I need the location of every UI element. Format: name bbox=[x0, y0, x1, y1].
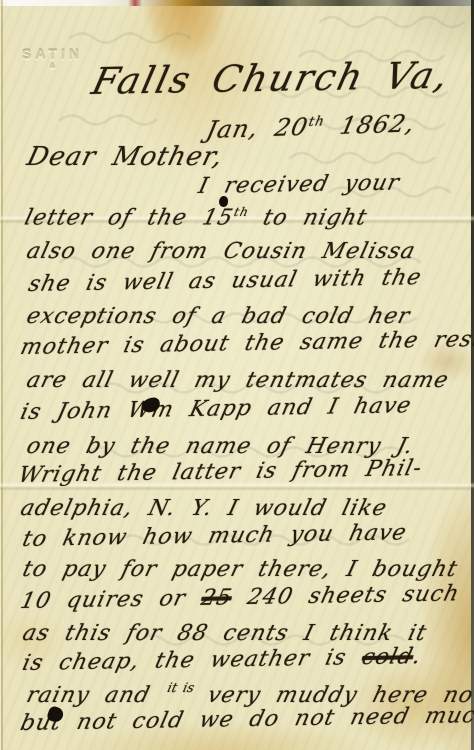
letter-line: but not cold we do not need much bbox=[18, 704, 474, 736]
struck-word: cold bbox=[359, 644, 416, 670]
letter-salutation: Dear Mother, bbox=[24, 143, 226, 172]
letter-line: Wright the latter is from Phil- bbox=[16, 457, 425, 488]
letter-line: is cheap, the weather is cold. bbox=[20, 645, 424, 676]
paper-left-edge bbox=[0, 0, 7, 750]
letter-scan: SATIN ▲ Falls Church Va, Jan, 20th 1862,… bbox=[0, 0, 474, 750]
letter-line: adelphia, N. Y. I would like bbox=[18, 497, 390, 521]
letter-line: mother is about the same the rest bbox=[18, 328, 474, 360]
line-text: 10 quires or bbox=[18, 586, 204, 614]
letter-line: exceptions of a bad cold her bbox=[24, 305, 413, 329]
letter-line: are all well my tentmates name bbox=[24, 369, 451, 393]
inserted-words: it is bbox=[166, 681, 196, 696]
letter-line: she is well as usual with the bbox=[26, 266, 424, 297]
line-text: is cheap, the weather is bbox=[20, 645, 365, 676]
letter-line: 10 quires or 25 240 sheets such bbox=[18, 582, 462, 614]
line-text: 240 sheets such bbox=[229, 581, 462, 610]
letter-line: as this for 88 cents I think it bbox=[20, 622, 429, 646]
letter-place-heading: Falls Church Va, bbox=[88, 56, 454, 103]
letter-line: to know how much you have bbox=[20, 521, 409, 552]
embossed-stationer-mark: SATIN ▲ bbox=[22, 46, 83, 70]
scan-top-edge bbox=[0, 0, 474, 6]
letter-line: I received your bbox=[196, 172, 402, 200]
letter-line: one by the name of Henry J. bbox=[24, 435, 416, 459]
letter-line: to pay for paper there, I bought bbox=[20, 558, 460, 582]
line-text: rainy and bbox=[24, 683, 169, 708]
line-text: to night bbox=[244, 205, 370, 230]
line-text: letter of the 15 bbox=[22, 205, 236, 230]
letter-line: also one from Cousin Melissa bbox=[24, 240, 418, 264]
date-year: 1862, bbox=[321, 110, 418, 141]
letter-date: Jan, 20th 1862, bbox=[204, 111, 418, 144]
date-day: Jan, 20 bbox=[204, 113, 311, 144]
letter-line: is John Wm Kapp and I have bbox=[18, 394, 414, 425]
letter-line: letter of the 15th to night bbox=[22, 206, 370, 231]
